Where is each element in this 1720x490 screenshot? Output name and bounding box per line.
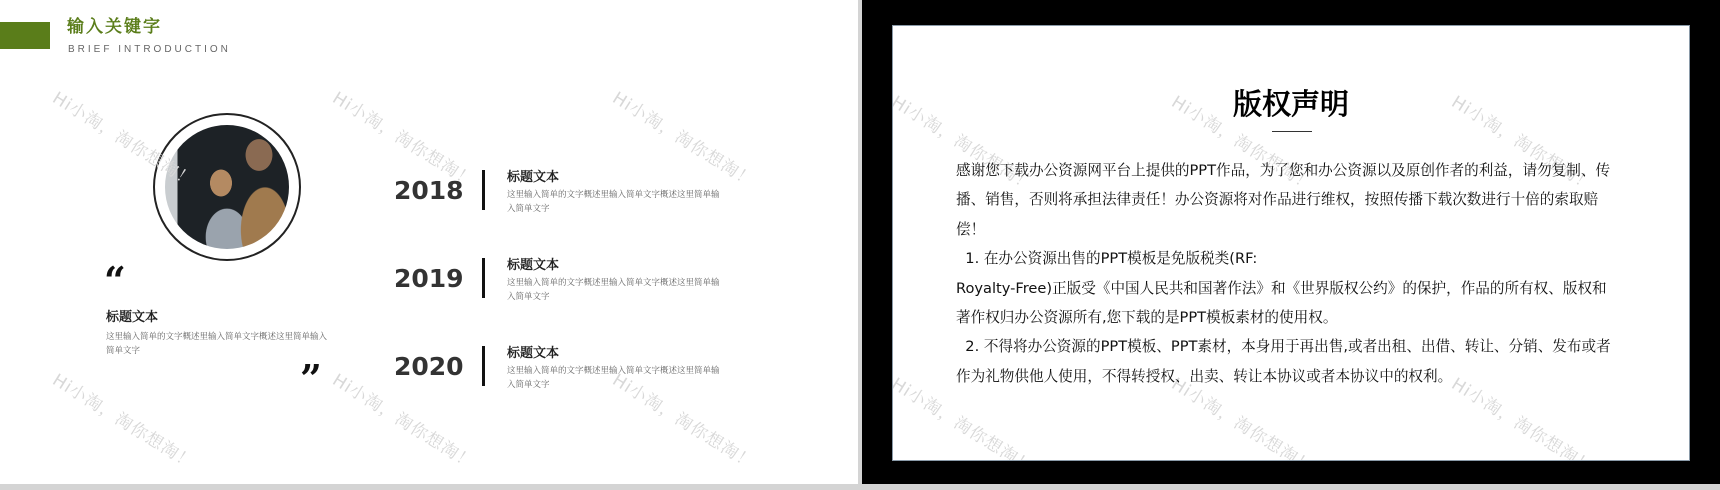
timeline-divider — [482, 258, 485, 298]
accent-bar — [0, 22, 50, 49]
timeline-divider — [482, 170, 485, 210]
copyright-paragraph: Royalty-Free)正版受《中国人民共和国著作法》和《世界版权公约》的保护… — [956, 274, 1621, 333]
timeline-year: 2018 — [394, 176, 464, 205]
timeline-title: 标题文本 — [507, 342, 559, 361]
photo-frame — [153, 113, 301, 261]
timeline-item: 2018 标题文本 这里输入简单的文字概述里输入简单文字概述这里简单输入简单文字 — [390, 168, 730, 218]
timeline-description: 这里输入简单的文字概述里输入简单文字概述这里简单输入简单文字 — [507, 364, 727, 392]
copyright-paragraph: 2. 不得将办公资源的PPT模板、PPT素材，本身用于再出售,或者出租、出借、转… — [956, 332, 1621, 391]
copyright-body: 感谢您下载办公资源网平台上提供的PPT作品，为了您和办公资源以及原创作者的利益，… — [956, 156, 1621, 391]
timeline-item: 2020 标题文本 这里输入简单的文字概述里输入简单文字概述这里简单输入简单文字 — [390, 344, 730, 394]
section-subtitle: BRIEF INTRODUCTION — [68, 44, 231, 55]
photo-circle-icon — [165, 125, 289, 249]
watermark: Hi小淘，淘你想淘！ — [49, 366, 201, 474]
copyright-paragraph: 1. 在办公资源出售的PPT模板是免版税类(RF: — [956, 244, 1621, 273]
quote-description: 这里输入简单的文字概述里输入简单文字概述这里简单输入简单文字 — [106, 330, 328, 358]
timeline-year: 2019 — [394, 264, 464, 293]
timeline-divider — [482, 346, 485, 386]
timeline-title: 标题文本 — [507, 254, 559, 273]
slide-right[interactable]: Hi小淘，淘你想淘！ Hi小淘，淘你想淘！ Hi小淘，淘你想淘！ Hi小淘，淘你… — [862, 0, 1720, 484]
quote-title: 标题文本 — [106, 306, 158, 325]
copyright-paragraph: 感谢您下载办公资源网平台上提供的PPT作品，为了您和办公资源以及原创作者的利益，… — [956, 156, 1621, 244]
close-quote-icon: ” — [300, 360, 322, 398]
timeline-title: 标题文本 — [507, 166, 559, 185]
section-title: 输入关键字 — [67, 12, 162, 37]
title-divider — [1272, 131, 1312, 132]
timeline-description: 这里输入简单的文字概述里输入简单文字概述这里简单输入简单文字 — [507, 276, 727, 304]
open-quote-icon: “ — [104, 262, 126, 300]
timeline-item: 2019 标题文本 这里输入简单的文字概述里输入简单文字概述这里简单输入简单文字 — [390, 256, 730, 306]
copyright-panel: Hi小淘，淘你想淘！ Hi小淘，淘你想淘！ Hi小淘，淘你想淘！ Hi小淘，淘你… — [892, 25, 1690, 461]
slide-left[interactable]: Hi小淘，淘你想淘！ Hi小淘，淘你想淘！ Hi小淘，淘你想淘！ Hi小淘，淘你… — [0, 0, 858, 484]
timeline-year: 2020 — [394, 352, 464, 381]
timeline-description: 这里输入简单的文字概述里输入简单文字概述这里简单输入简单文字 — [507, 188, 727, 216]
copyright-title: 版权声明 — [893, 82, 1689, 123]
